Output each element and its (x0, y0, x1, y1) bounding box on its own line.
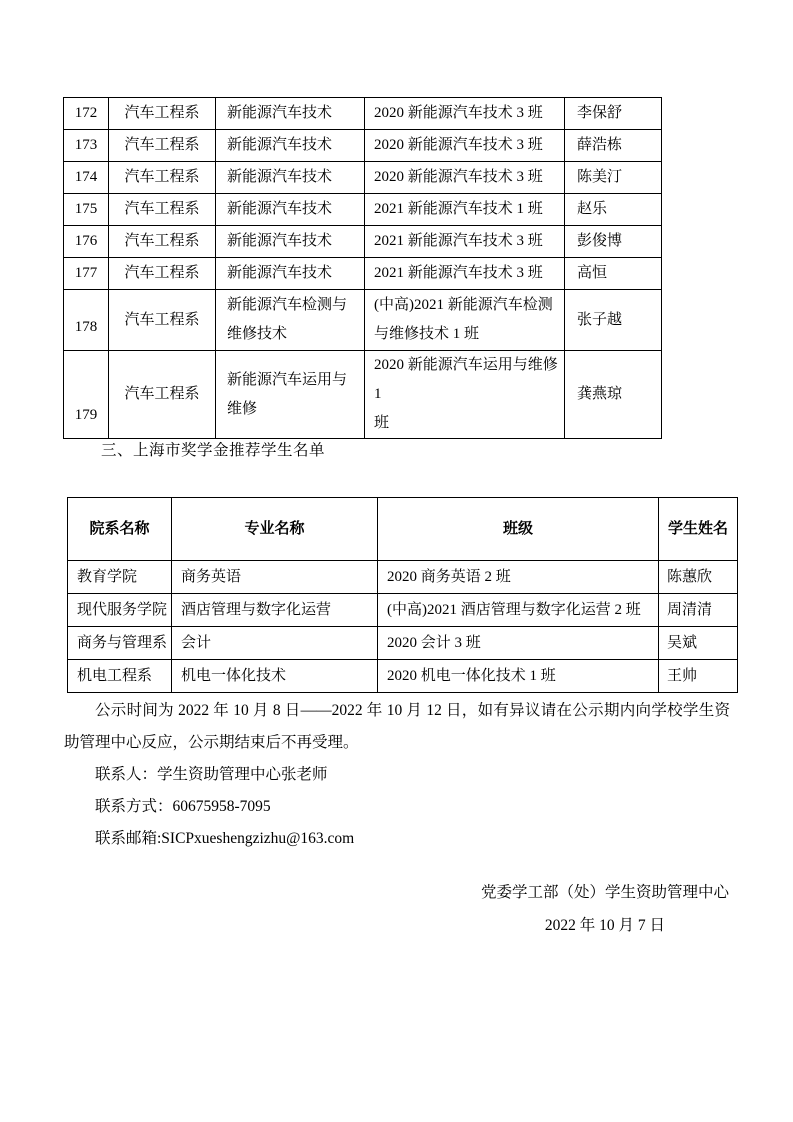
cell-major: 新能源汽车技术 (216, 258, 365, 290)
cell-class: 2020 机电一体化技术 1 班 (378, 660, 659, 693)
cell-department: 汽车工程系 (109, 130, 216, 162)
cell-index: 175 (64, 194, 109, 226)
table-row: 教育学院 商务英语 2020 商务英语 2 班 陈蕙欣 (68, 561, 738, 594)
cell-student-name: 周清清 (659, 594, 738, 627)
signature-block: 党委学工部（处）学生资助管理中心 2022 年 10 月 7 日 (481, 876, 729, 942)
notice-block: 公示时间为 2022 年 10 月 8 日——2022 年 10 月 12 日，… (64, 695, 730, 855)
cell-department: 教育学院 (68, 561, 172, 594)
publicity-period-paragraph: 公示时间为 2022 年 10 月 8 日——2022 年 10 月 12 日，… (64, 695, 730, 759)
cell-index: 174 (64, 162, 109, 194)
cell-major: 新能源汽车技术 (216, 98, 365, 130)
cell-index: 178 (64, 290, 109, 351)
cell-student-name: 彭俊博 (565, 226, 662, 258)
cell-major: 机电一体化技术 (172, 660, 378, 693)
cell-department: 机电工程系 (68, 660, 172, 693)
contact-phone: 联系方式：60675958-7095 (64, 791, 730, 823)
cell-student-name: 陈蕙欣 (659, 561, 738, 594)
cell-student-name: 薛浩栋 (565, 130, 662, 162)
cell-class: 2020 会计 3 班 (378, 627, 659, 660)
cell-department: 现代服务学院 (68, 594, 172, 627)
table-row: 177 汽车工程系 新能源汽车技术 2021 新能源汽车技术 3 班 高恒 (64, 258, 662, 290)
cell-student-name: 龚燕琼 (565, 351, 662, 439)
header-department: 院系名称 (68, 498, 172, 561)
cell-student-name: 李保舒 (565, 98, 662, 130)
table-row: 机电工程系 机电一体化技术 2020 机电一体化技术 1 班 王帅 (68, 660, 738, 693)
table-row: 179 汽车工程系 新能源汽车运用与 维修 2020 新能源汽车运用与维修 1 … (64, 351, 662, 439)
table-header-row: 院系名称 专业名称 班级 学生姓名 (68, 498, 738, 561)
cell-class: 2020 新能源汽车运用与维修 1 班 (365, 351, 565, 439)
table-row: 173 汽车工程系 新能源汽车技术 2020 新能源汽车技术 3 班 薛浩栋 (64, 130, 662, 162)
cell-class: 2020 新能源汽车技术 3 班 (365, 162, 565, 194)
contact-email: 联系邮箱:SICPxueshengzizhu@163.com (64, 823, 730, 855)
signature-department: 党委学工部（处）学生资助管理中心 (481, 876, 729, 909)
signature-date: 2022 年 10 月 7 日 (481, 909, 729, 942)
cell-index: 177 (64, 258, 109, 290)
cell-class: 2020 新能源汽车技术 3 班 (365, 98, 565, 130)
document-page: 172 汽车工程系 新能源汽车技术 2020 新能源汽车技术 3 班 李保舒 1… (0, 0, 793, 1122)
cell-index: 179 (64, 351, 109, 439)
cell-student-name: 吴斌 (659, 627, 738, 660)
cell-class: (中高)2021 新能源汽车检测 与维修技术 1 班 (365, 290, 565, 351)
cell-major: 新能源汽车技术 (216, 194, 365, 226)
header-class: 班级 (378, 498, 659, 561)
table-row: 175 汽车工程系 新能源汽车技术 2021 新能源汽车技术 1 班 赵乐 (64, 194, 662, 226)
section-title: 三、上海市奖学金推荐学生名单 (101, 438, 325, 460)
cell-student-name: 陈美汀 (565, 162, 662, 194)
cell-department: 汽车工程系 (109, 258, 216, 290)
table-row: 174 汽车工程系 新能源汽车技术 2020 新能源汽车技术 3 班 陈美汀 (64, 162, 662, 194)
cell-student-name: 张子越 (565, 290, 662, 351)
cell-department: 汽车工程系 (109, 194, 216, 226)
table-row: 现代服务学院 酒店管理与数字化运营 (中高)2021 酒店管理与数字化运营 2 … (68, 594, 738, 627)
cell-index: 172 (64, 98, 109, 130)
cell-department: 商务与管理系 (68, 627, 172, 660)
cell-major: 新能源汽车技术 (216, 226, 365, 258)
cell-major: 新能源汽车技术 (216, 162, 365, 194)
cell-major: 新能源汽车技术 (216, 130, 365, 162)
cell-class: 2021 新能源汽车技术 3 班 (365, 226, 565, 258)
cell-major: 商务英语 (172, 561, 378, 594)
cell-department: 汽车工程系 (109, 290, 216, 351)
cell-class: 2021 新能源汽车技术 1 班 (365, 194, 565, 226)
cell-major: 新能源汽车运用与 维修 (216, 351, 365, 439)
cell-student-name: 高恒 (565, 258, 662, 290)
cell-class: 2020 新能源汽车技术 3 班 (365, 130, 565, 162)
table-row: 178 汽车工程系 新能源汽车检测与 维修技术 (中高)2021 新能源汽车检测… (64, 290, 662, 351)
cell-student-name: 王帅 (659, 660, 738, 693)
cell-department: 汽车工程系 (109, 351, 216, 439)
cell-department: 汽车工程系 (109, 162, 216, 194)
table-row: 商务与管理系 会计 2020 会计 3 班 吴斌 (68, 627, 738, 660)
table-row: 172 汽车工程系 新能源汽车技术 2020 新能源汽车技术 3 班 李保舒 (64, 98, 662, 130)
header-major: 专业名称 (172, 498, 378, 561)
contact-person: 联系人：学生资助管理中心张老师 (64, 759, 730, 791)
table-row: 176 汽车工程系 新能源汽车技术 2021 新能源汽车技术 3 班 彭俊博 (64, 226, 662, 258)
cell-major: 酒店管理与数字化运营 (172, 594, 378, 627)
cell-class: (中高)2021 酒店管理与数字化运营 2 班 (378, 594, 659, 627)
cell-department: 汽车工程系 (109, 226, 216, 258)
cell-major: 新能源汽车检测与 维修技术 (216, 290, 365, 351)
cell-student-name: 赵乐 (565, 194, 662, 226)
cell-index: 173 (64, 130, 109, 162)
scholarship-table: 院系名称 专业名称 班级 学生姓名 教育学院 商务英语 2020 商务英语 2 … (67, 497, 738, 693)
cell-class: 2021 新能源汽车技术 3 班 (365, 258, 565, 290)
cell-major: 会计 (172, 627, 378, 660)
student-list-table: 172 汽车工程系 新能源汽车技术 2020 新能源汽车技术 3 班 李保舒 1… (63, 97, 662, 439)
cell-index: 176 (64, 226, 109, 258)
cell-class: 2020 商务英语 2 班 (378, 561, 659, 594)
cell-department: 汽车工程系 (109, 98, 216, 130)
header-student-name: 学生姓名 (659, 498, 738, 561)
